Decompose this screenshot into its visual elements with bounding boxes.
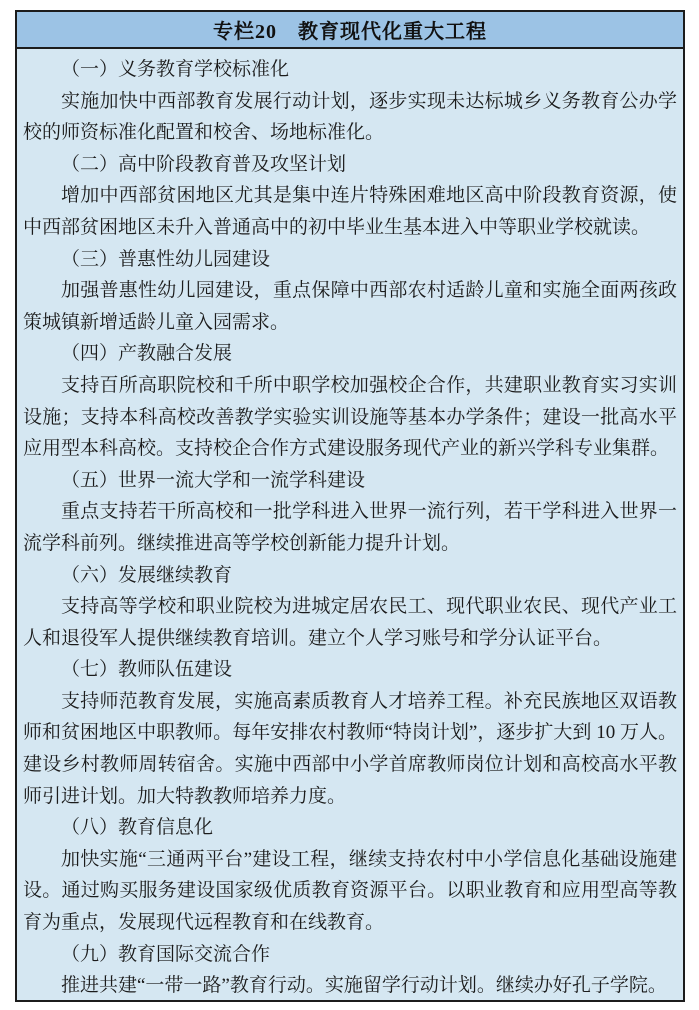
section-5: （五）世界一流大学和一流学科建设 重点支持若干所高校和一批学科进入世界一流行列，…	[23, 465, 677, 560]
section-heading: （九）教育国际交流合作	[23, 939, 677, 971]
section-text: 支持高等学校和职业院校为进城定居农民工、现代职业农民、现代产业工人和退役军人提供…	[23, 591, 677, 654]
section-heading: （七）教师队伍建设	[23, 654, 677, 686]
section-text: 实施加快中西部教育发展行动计划，逐步实现未达标城乡义务教育公办学校的师资标准化配…	[23, 86, 677, 149]
section-text: 推进共建“一带一路”教育行动。实施留学行动计划。继续办好孔子学院。	[23, 970, 677, 1002]
section-heading: （八）教育信息化	[23, 812, 677, 844]
section-4: （四）产教融合发展 支持百所高职院校和千所中职学校加强校企合作，共建职业教育实习…	[23, 338, 677, 464]
section-text: 支持师范教育发展，实施高素质教育人才培养工程。补充民族地区双语教师和贫困地区中职…	[23, 686, 677, 812]
section-6: （六）发展继续教育 支持高等学校和职业院校为进城定居农民工、现代职业农民、现代产…	[23, 560, 677, 655]
section-1: （一）义务教育学校标准化 实施加快中西部教育发展行动计划，逐步实现未达标城乡义务…	[23, 54, 677, 149]
section-8: （八）教育信息化 加快实施“三通两平台”建设工程，继续支持农村中小学信息化基础设…	[23, 812, 677, 938]
feature-box-panel: 专栏20 教育现代化重大工程 （一）义务教育学校标准化 实施加快中西部教育发展行…	[15, 10, 685, 1002]
panel-title: 专栏20 教育现代化重大工程	[213, 15, 487, 44]
section-text: 支持百所高职院校和千所中职学校加强校企合作，共建职业教育实习实训设施；支持本科高…	[23, 370, 677, 465]
section-heading: （四）产教融合发展	[23, 338, 677, 370]
section-7: （七）教师队伍建设 支持师范教育发展，实施高素质教育人才培养工程。补充民族地区双…	[23, 654, 677, 812]
section-heading: （三）普惠性幼儿园建设	[23, 244, 677, 276]
section-text: 重点支持若干所高校和一批学科进入世界一流行列，若干学科进入世界一流学科前列。继续…	[23, 496, 677, 559]
section-heading: （一）义务教育学校标准化	[23, 54, 677, 86]
section-3: （三）普惠性幼儿园建设 加强普惠性幼儿园建设，重点保障中西部农村适龄儿童和实施全…	[23, 244, 677, 339]
section-text: 加快实施“三通两平台”建设工程，继续支持农村中小学信息化基础设施建设。通过购买服…	[23, 844, 677, 939]
document-page: 专栏20 教育现代化重大工程 （一）义务教育学校标准化 实施加快中西部教育发展行…	[0, 0, 699, 1010]
section-heading: （六）发展继续教育	[23, 560, 677, 592]
section-heading: （五）世界一流大学和一流学科建设	[23, 465, 677, 497]
section-2: （二）高中阶段教育普及攻坚计划 增加中西部贫困地区尤其是集中连片特殊困难地区高中…	[23, 149, 677, 244]
section-text: 增加中西部贫困地区尤其是集中连片特殊困难地区高中阶段教育资源，使中西部贫困地区未…	[23, 180, 677, 243]
panel-body: （一）义务教育学校标准化 实施加快中西部教育发展行动计划，逐步实现未达标城乡义务…	[17, 49, 683, 1006]
section-heading: （二）高中阶段教育普及攻坚计划	[23, 149, 677, 181]
panel-header: 专栏20 教育现代化重大工程	[17, 12, 683, 49]
section-text: 加强普惠性幼儿园建设，重点保障中西部农村适龄儿童和实施全面两孩政策城镇新增适龄儿…	[23, 275, 677, 338]
section-9: （九）教育国际交流合作 推进共建“一带一路”教育行动。实施留学行动计划。继续办好…	[23, 939, 677, 1002]
